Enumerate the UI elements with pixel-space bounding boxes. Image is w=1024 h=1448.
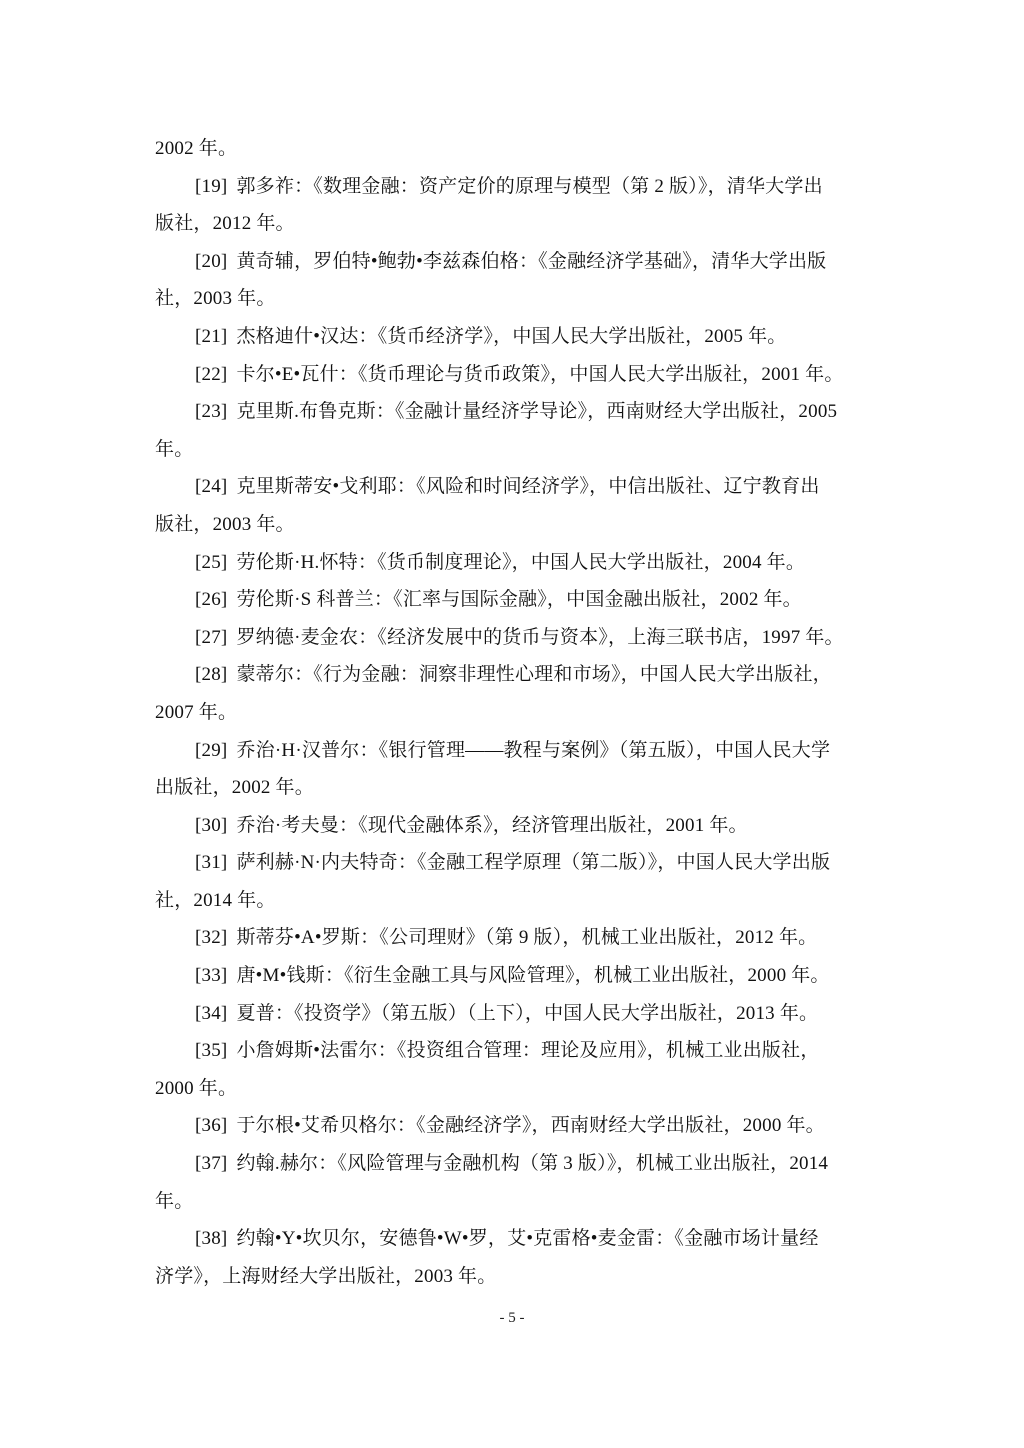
reference-first-line: [22]卡尔•E•瓦什：《货币理论与货币政策》，中国人民大学出版社，2001 年… — [155, 356, 871, 394]
reference-first-line: [37]约翰.赫尔：《风险管理与金融机构（第 3 版）》，机械工业出版社，201… — [155, 1145, 871, 1183]
reference-text: 2007 年。 — [155, 702, 237, 723]
reference-text: 蒙蒂尔：《行为金融：洞察非理性心理和市场》，中国人民大学出版社， — [236, 664, 831, 685]
reference-number: [26] — [195, 589, 227, 610]
reference-continuation-line: 社，2003 年。 — [155, 280, 871, 318]
reference-text: 夏普：《投资学》（第五版）（上下），中国人民大学出版社，2013 年。 — [236, 1003, 818, 1024]
reference-first-line: [24]克里斯蒂安•戈利耶：《风险和时间经济学》，中信出版社、辽宁教育出 — [155, 468, 871, 506]
reference-entry: [37]约翰.赫尔：《风险管理与金融机构（第 3 版）》，机械工业出版社，201… — [155, 1145, 871, 1220]
reference-number: [24] — [195, 476, 227, 497]
reference-first-line: [20]黄奇辅，罗伯特•鲍勃•李兹森伯格：《金融经济学基础》，清华大学出版 — [155, 243, 871, 281]
reference-list: 2002 年。 [19]郭多祚：《数理金融：资产定价的原理与模型（第 2 版）》… — [155, 130, 871, 1295]
reference-first-line: [25]劳伦斯·H.怀特：《货币制度理论》，中国人民大学出版社，2004 年。 — [155, 544, 871, 582]
reference-number: [37] — [195, 1153, 227, 1174]
reference-first-line: [26]劳伦斯·S 科普兰：《汇率与国际金融》，中国金融出版社，2002 年。 — [155, 581, 871, 619]
reference-first-line: [38]约翰•Y•坎贝尔，安德鲁•W•罗，艾•克雷格•麦金雷：《金融市场计量经 — [155, 1220, 871, 1258]
reference-text: 年。 — [155, 439, 193, 460]
reference-entry: [27]罗纳德·麦金农：《经济发展中的货币与资本》，上海三联书店，1997 年。 — [155, 619, 871, 657]
reference-entry: [22]卡尔•E•瓦什：《货币理论与货币政策》，中国人民大学出版社，2001 年… — [155, 356, 871, 394]
reference-text: 罗纳德·麦金农：《经济发展中的货币与资本》，上海三联书店，1997 年。 — [236, 627, 843, 648]
reference-number: [28] — [195, 664, 227, 685]
page-number: - 5 - — [0, 1310, 1024, 1327]
reference-first-line: [23]克里斯.布鲁克斯：《金融计量经济学导论》，西南财经大学出版社，2005 — [155, 393, 871, 431]
reference-text: 唐•M•钱斯：《衍生金融工具与风险管理》，机械工业出版社，2000 年。 — [236, 965, 829, 986]
reference-text: 版社，2012 年。 — [155, 213, 295, 234]
reference-first-line: [29]乔治·H·汉普尔：《银行管理——教程与案例》（第五版），中国人民大学 — [155, 732, 871, 770]
reference-text: 斯蒂芬•A•罗斯：《公司理财》（第 9 版），机械工业出版社，2012 年。 — [236, 927, 817, 948]
reference-text: 出版社，2002 年。 — [155, 777, 314, 798]
reference-number: [36] — [195, 1115, 227, 1136]
reference-number: [35] — [195, 1040, 227, 1061]
reference-entry: [20]黄奇辅，罗伯特•鲍勃•李兹森伯格：《金融经济学基础》，清华大学出版社，2… — [155, 243, 871, 318]
reference-continuation-line: 出版社，2002 年。 — [155, 769, 871, 807]
reference-text: 约翰•Y•坎贝尔，安德鲁•W•罗，艾•克雷格•麦金雷：《金融市场计量经 — [236, 1228, 818, 1249]
reference-number: [19] — [195, 176, 227, 197]
reference-number: [23] — [195, 401, 227, 422]
reference-entry: [38]约翰•Y•坎贝尔，安德鲁•W•罗，艾•克雷格•麦金雷：《金融市场计量经济… — [155, 1220, 871, 1295]
reference-text: 约翰.赫尔：《风险管理与金融机构（第 3 版）》，机械工业出版社，2014 — [236, 1153, 828, 1174]
reference-text: 克里斯.布鲁克斯：《金融计量经济学导论》，西南财经大学出版社，2005 — [236, 401, 837, 422]
reference-first-line: [30]乔治·考夫曼：《现代金融体系》，经济管理出版社，2001 年。 — [155, 807, 871, 845]
reference-entry: [29]乔治·H·汉普尔：《银行管理——教程与案例》（第五版），中国人民大学出版… — [155, 732, 871, 807]
reference-text: 杰格迪什•汉达：《货币经济学》，中国人民大学出版社，2005 年。 — [236, 326, 786, 347]
reference-first-line: [36]于尔根•艾希贝格尔：《金融经济学》，西南财经大学出版社，2000 年。 — [155, 1107, 871, 1145]
reference-first-line: [31]萨利赫·N·内夫特奇：《金融工程学原理（第二版）》，中国人民大学出版 — [155, 844, 871, 882]
reference-text: 于尔根•艾希贝格尔：《金融经济学》，西南财经大学出版社，2000 年。 — [236, 1115, 824, 1136]
reference-text: 2000 年。 — [155, 1078, 237, 1099]
reference-entry: [28]蒙蒂尔：《行为金融：洞察非理性心理和市场》，中国人民大学出版社，2007… — [155, 656, 871, 731]
reference-entry: [26]劳伦斯·S 科普兰：《汇率与国际金融》，中国金融出版社，2002 年。 — [155, 581, 871, 619]
reference-text: 社，2003 年。 — [155, 288, 276, 309]
reference-number: [21] — [195, 326, 227, 347]
reference-number: [34] — [195, 1003, 227, 1024]
reference-entry: [30]乔治·考夫曼：《现代金融体系》，经济管理出版社，2001 年。 — [155, 807, 871, 845]
reference-text: 黄奇辅，罗伯特•鲍勃•李兹森伯格：《金融经济学基础》，清华大学出版 — [236, 251, 826, 272]
reference-text: 郭多祚：《数理金融：资产定价的原理与模型（第 2 版）》，清华大学出 — [236, 176, 822, 197]
reference-continuation-line: 版社，2012 年。 — [155, 205, 871, 243]
reference-first-line: [33]唐•M•钱斯：《衍生金融工具与风险管理》，机械工业出版社，2000 年。 — [155, 957, 871, 995]
reference-first-line: [21]杰格迪什•汉达：《货币经济学》，中国人民大学出版社，2005 年。 — [155, 318, 871, 356]
reference-entry: [25]劳伦斯·H.怀特：《货币制度理论》，中国人民大学出版社，2004 年。 — [155, 544, 871, 582]
reference-number: [31] — [195, 852, 227, 873]
reference-text: 卡尔•E•瓦什：《货币理论与货币政策》，中国人民大学出版社，2001 年。 — [236, 364, 843, 385]
reference-first-line: [34]夏普：《投资学》（第五版）（上下），中国人民大学出版社，2013 年。 — [155, 995, 871, 1033]
reference-continuation-line: 版社，2003 年。 — [155, 506, 871, 544]
reference-continuation-line: 年。 — [155, 431, 871, 469]
reference-text: 乔治·H·汉普尔：《银行管理——教程与案例》（第五版），中国人民大学 — [236, 740, 830, 761]
reference-text: 劳伦斯·H.怀特：《货币制度理论》，中国人民大学出版社，2004 年。 — [236, 552, 805, 573]
reference-entry: [32]斯蒂芬•A•罗斯：《公司理财》（第 9 版），机械工业出版社，2012 … — [155, 919, 871, 957]
reference-number: [22] — [195, 364, 227, 385]
reference-continuation-line: 济学》，上海财经大学出版社，2003 年。 — [155, 1258, 871, 1296]
reference-text: 乔治·考夫曼：《现代金融体系》，经济管理出版社，2001 年。 — [236, 815, 747, 836]
reference-text: 小詹姆斯•法雷尔：《投资组合管理：理论及应用》，机械工业出版社， — [236, 1040, 819, 1061]
reference-text: 版社，2003 年。 — [155, 514, 295, 535]
reference-text: 克里斯蒂安•戈利耶：《风险和时间经济学》，中信出版社、辽宁教育出 — [236, 476, 819, 497]
reference-first-line: [27]罗纳德·麦金农：《经济发展中的货币与资本》，上海三联书店，1997 年。 — [155, 619, 871, 657]
reference-number: [33] — [195, 965, 227, 986]
reference-continuation-line: 2000 年。 — [155, 1070, 871, 1108]
reference-entry: [36]于尔根•艾希贝格尔：《金融经济学》，西南财经大学出版社，2000 年。 — [155, 1107, 871, 1145]
reference-number: [30] — [195, 815, 227, 836]
reference-entry: [33]唐•M•钱斯：《衍生金融工具与风险管理》，机械工业出版社，2000 年。 — [155, 957, 871, 995]
reference-entry: [23]克里斯.布鲁克斯：《金融计量经济学导论》，西南财经大学出版社，2005年… — [155, 393, 871, 468]
reference-entry: [19]郭多祚：《数理金融：资产定价的原理与模型（第 2 版）》，清华大学出版社… — [155, 168, 871, 243]
reference-entry: [31]萨利赫·N·内夫特奇：《金融工程学原理（第二版）》，中国人民大学出版社，… — [155, 844, 871, 919]
reference-continuation-line: 2007 年。 — [155, 694, 871, 732]
reference-entry: [35]小詹姆斯•法雷尔：《投资组合管理：理论及应用》，机械工业出版社，2000… — [155, 1032, 871, 1107]
reference-first-line: [19]郭多祚：《数理金融：资产定价的原理与模型（第 2 版）》，清华大学出 — [155, 168, 871, 206]
reference-text: 社，2014 年。 — [155, 890, 276, 911]
reference-first-line: [28]蒙蒂尔：《行为金融：洞察非理性心理和市场》，中国人民大学出版社， — [155, 656, 871, 694]
reference-first-line: [32]斯蒂芬•A•罗斯：《公司理财》（第 9 版），机械工业出版社，2012 … — [155, 919, 871, 957]
reference-number: [25] — [195, 552, 227, 573]
reference-number: [29] — [195, 740, 227, 761]
reference-number: [38] — [195, 1228, 227, 1249]
reference-text: 年。 — [155, 1191, 193, 1212]
reference-first-line: [35]小詹姆斯•法雷尔：《投资组合管理：理论及应用》，机械工业出版社， — [155, 1032, 871, 1070]
reference-number: [27] — [195, 627, 227, 648]
reference-text: 济学》，上海财经大学出版社，2003 年。 — [155, 1266, 496, 1287]
reference-continuation-line: 社，2014 年。 — [155, 882, 871, 920]
reference-entry: [34]夏普：《投资学》（第五版）（上下），中国人民大学出版社，2013 年。 — [155, 995, 871, 1033]
reference-text: 劳伦斯·S 科普兰：《汇率与国际金融》，中国金融出版社，2002 年。 — [236, 589, 801, 610]
reference-text: 萨利赫·N·内夫特奇：《金融工程学原理（第二版）》，中国人民大学出版 — [236, 852, 830, 873]
continuation-line: 2002 年。 — [155, 130, 871, 168]
reference-entry: [24]克里斯蒂安•戈利耶：《风险和时间经济学》，中信出版社、辽宁教育出版社，2… — [155, 468, 871, 543]
reference-continuation-line: 年。 — [155, 1183, 871, 1221]
reference-number: [20] — [195, 251, 227, 272]
references-container: [19]郭多祚：《数理金融：资产定价的原理与模型（第 2 版）》，清华大学出版社… — [155, 168, 871, 1296]
reference-entry: [21]杰格迪什•汉达：《货币经济学》，中国人民大学出版社，2005 年。 — [155, 318, 871, 356]
reference-number: [32] — [195, 927, 227, 948]
